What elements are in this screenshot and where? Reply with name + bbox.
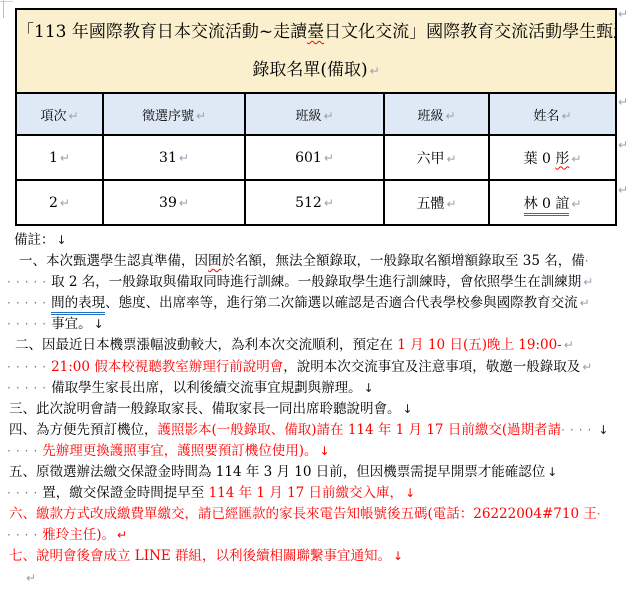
text-segment: 事宜。 <box>51 316 92 332</box>
paragraph-mark-icon: ↓ <box>393 549 403 563</box>
paragraph-mark-icon: ↵ <box>26 571 36 585</box>
text-segment: ，說明本次交流事宜及注意事項，敬邀一般錄取及 <box>283 359 580 375</box>
table-cell: 五體↵ <box>384 180 489 225</box>
note-line: ····雅玲主任)。↵ <box>6 525 631 546</box>
note-line: 一、本次甄選學生認真準備，因囿於名額，無法全額錄取，一般錄取名額增額錄取至 35… <box>6 251 631 272</box>
paragraph-mark-icon: ↵ <box>445 109 455 123</box>
table-header-row: 項次↵徵選序號↵班級↵班級↵姓名↵ <box>16 93 616 135</box>
paragraph-mark-icon: ↵ <box>564 338 574 352</box>
text-segment: 2 <box>49 195 58 211</box>
paragraph-mark-icon: ↵ <box>580 296 590 310</box>
space-dots-mark: ···· <box>7 486 42 500</box>
paragraph-mark-icon: ↵ <box>583 275 593 289</box>
paragraph-mark-icon: ↓ <box>94 317 104 331</box>
text-segment: 31 <box>159 150 177 166</box>
table-cell: 葉 0 彤↵ <box>489 135 616 180</box>
note-line: ·····間的表現、態度、出席率等，進行第二次篩選以確認是否適合代表學校參與國際… <box>6 293 631 314</box>
header-cell: 項次↵ <box>16 93 103 135</box>
text-segment: 先辦理更換護照事宜，護照要預訂機位使用)。 <box>42 443 317 459</box>
text-segment: 512 <box>295 195 322 211</box>
text-segment: 114 年 1 月 17 日前繳交入庫， <box>209 485 404 501</box>
page-edge-artifact <box>0 1 13 2</box>
text-segment: 六、繳款方式改成繳費單繳交，請已經匯款的家長來電告知帳號後五碼(電話：26222… <box>9 506 597 522</box>
paragraph-mark-icon: ↵ <box>446 152 456 166</box>
document-page: ↵ ↵ ↵ ↵ 「113 年國際教育日本交流活動~走讀臺日文化交流」國際教育交流… <box>0 0 631 592</box>
paragraph-mark-icon: ↓ <box>403 402 413 416</box>
text-segment: 姓名 <box>533 109 559 124</box>
text-segment: 葉 0 <box>524 151 556 167</box>
admission-list-table: 「113 年國際教育日本交流活動~走讀臺日文化交流」國際教育交流活動學生甄選 錄… <box>15 8 617 226</box>
paragraph-mark-icon: ↓ <box>405 486 415 500</box>
table-row: 1↵31↵601↵六甲↵葉 0 彤↵ <box>16 135 616 180</box>
space-dots-mark: ···· <box>7 444 42 458</box>
note-line: ·····21:00 假本校視聽教室辦理行前說明會，說明本次交流事宜及注意事項，… <box>6 357 631 378</box>
table-cell: 512↵ <box>245 180 384 225</box>
spellcheck-flagged-text: 囿 <box>208 253 222 269</box>
paragraph-mark-icon: ↵ <box>582 360 592 374</box>
note-line: ·····取 2 名，一般錄取與備取同時進行訓練。一般錄取學生進行訓練時，會依照… <box>6 272 631 293</box>
text-segment: 取 2 名，一般錄取與備取同時進行訓練。一般錄取學生進行訓練時，會依照學生在訓練… <box>51 274 581 290</box>
table-cell: 2↵ <box>16 180 103 225</box>
note-line: 四、為方便先預訂機位，護照影本(一般錄取、備取)請在 114 年 1 月 17 … <box>6 420 631 441</box>
paragraph-mark-icon: ↵ <box>179 196 189 210</box>
grammar-underlined-text: 間的表現 <box>51 295 105 315</box>
table-cell: 1↵ <box>16 135 103 180</box>
paragraph-mark-icon: ↵ <box>179 151 189 165</box>
table-cell: 林 0 誼↵ <box>489 180 616 225</box>
table-title-cell: 「113 年國際教育日本交流活動~走讀臺日文化交流」國際教育交流活動學生甄選 錄… <box>16 9 616 93</box>
spellcheck-flagged-text: 彤 <box>555 151 569 167</box>
paragraph-mark-icon: ↵ <box>68 109 78 123</box>
page-edge-artifact <box>3 0 4 18</box>
space-dots-mark: ····· <box>7 296 51 310</box>
paragraph-mark-icon: ↵ <box>196 109 206 123</box>
text-segment: 雅玲主任)。 <box>42 527 115 543</box>
text-segment: 護照影本(一般錄取、備取)請在 114 年 1 月 17 日前繳交(過期者請 <box>158 422 562 438</box>
note-line: 六、繳款方式改成繳費單繳交，請已經匯款的家長來電告知帳號後五碼(電話：26222… <box>6 504 631 525</box>
text-segment: 1 <box>49 150 58 166</box>
paragraph-mark-icon: ↵ <box>323 109 333 123</box>
paragraph-mark-icon: ↓ <box>320 444 330 458</box>
row-end-paragraph-mark-icon: ↵ <box>618 96 628 108</box>
text-segment: 五體 <box>416 196 444 212</box>
row-end-paragraph-mark-icon: ↵ <box>618 184 628 196</box>
text-segment: 項次 <box>40 109 66 124</box>
row-end-paragraph-mark-icon: ↵ <box>618 8 628 20</box>
table-cell: 六甲↵ <box>384 135 489 180</box>
note-line: ····先辦理更換護照事宜，護照要預訂機位使用)。↓ <box>6 441 631 462</box>
text-segment: 五、原徵選辦法繳交保證金時間為 114 年 3 月 10 日前，但因機票需提早開… <box>9 464 545 480</box>
text-segment: 錄取名單(備取) <box>252 60 367 80</box>
text-segment: 置，繳交保證金時間提早至 <box>42 485 208 501</box>
table-cell: 601↵ <box>245 135 384 180</box>
paragraph-mark-icon: ↓ <box>364 381 374 395</box>
table-cell: 39↵ <box>103 180 245 225</box>
text-segment: 備註： <box>14 232 55 248</box>
paragraph-mark-icon: ↵ <box>60 151 70 165</box>
text-segment: 二、因最近日本機票漲幅波動較大，為利本次交流順利，預定在 <box>15 337 397 353</box>
text-segment: 班級 <box>295 109 321 124</box>
grammar-underlined-text: 林 0 誼 <box>524 196 570 216</box>
space-dots-mark: · <box>585 254 594 268</box>
text-segment: 備取學生家長出席，以利後續交流事宜規劃與辦理。 <box>51 380 362 396</box>
text-segment: 、態度、出席率等，進行第二次篩選以確認是否適合代表學校參與國際教育交流 <box>105 295 578 311</box>
text-segment: 「113 年國際教育日本交流活動~走讀 <box>17 22 307 42</box>
paragraph-mark-icon: ↵ <box>571 152 581 166</box>
text-segment: 六甲 <box>416 151 444 167</box>
header-cell: 班級↵ <box>245 93 384 135</box>
paragraph-mark-icon: ↵ <box>561 109 571 123</box>
paragraph-mark-icon: ↵ <box>324 151 334 165</box>
text-segment: 21:00 假本校視聽教室辦理行前說明會 <box>51 359 283 375</box>
paragraph-mark-icon: ↵ <box>571 197 581 211</box>
note-line: ·····備取學生家長出席，以利後續交流事宜規劃與辦理。↓ <box>6 378 631 399</box>
text-segment: 1 月 10 日(五)晚上 19:00- <box>397 337 561 353</box>
space-dots-mark: ···· <box>7 528 42 542</box>
text-segment: 四、為方便先預訂機位， <box>9 422 158 438</box>
paragraph-mark-icon: ↵ <box>117 528 127 542</box>
paragraph-mark-icon: ↵ <box>446 197 456 211</box>
paragraph-mark-icon: ↵ <box>60 196 70 210</box>
title-line-1: 「113 年國際教育日本交流活動~走讀臺日文化交流」國際教育交流活動學生甄選 <box>17 13 615 51</box>
notes-section: 備註：↓一、本次甄選學生認真準備，因囿於名額，無法全額錄取，一般錄取名額增額錄取… <box>6 230 631 589</box>
header-cell: 班級↵ <box>384 93 489 135</box>
space-dots-mark: ····· <box>7 360 51 374</box>
paragraph-mark-icon: ↓ <box>598 423 608 437</box>
text-segment: 601 <box>295 150 322 166</box>
row-end-paragraph-mark-icon: ↵ <box>618 139 628 151</box>
table-row: 2↵39↵512↵五體↵林 0 誼↵ <box>16 180 616 225</box>
paragraph-mark-icon: ↵ <box>370 64 380 78</box>
paragraph-mark-icon: ↓ <box>57 233 67 247</box>
header-cell: 徵選序號↵ <box>103 93 245 135</box>
space-dots-mark: · <box>597 507 606 521</box>
header-cell: 姓名↵ <box>489 93 616 135</box>
note-line: 三、此次說明會請一般錄取家長、備取家長一同出席聆聽說明會。↓ <box>6 399 631 420</box>
title-row: 「113 年國際教育日本交流活動~走讀臺日文化交流」國際教育交流活動學生甄選 錄… <box>16 9 616 93</box>
space-dots-mark: ····· <box>7 317 51 331</box>
table-cell: 31↵ <box>103 135 245 180</box>
paragraph-mark-icon: ↓ <box>547 465 557 479</box>
space-dots-mark: ····· <box>7 381 51 395</box>
text-segment: 七、說明會後會成立 LINE 群組，以利後續相關聯繫事宜通知。 <box>9 548 391 564</box>
note-line: 五、原徵選辦法繳交保證金時間為 114 年 3 月 10 日前，但因機票需提早開… <box>6 462 631 483</box>
text-segment: 一、本次甄選學生認真準備，因 <box>19 253 208 269</box>
note-line: 七、說明會後會成立 LINE 群組，以利後續相關聯繫事宜通知。↓ <box>6 546 631 567</box>
spellcheck-flagged-text: 臺 <box>307 22 324 42</box>
text-segment: 於名額，無法全額錄取，一般錄取名額增額錄取至 35 名，備 <box>222 253 585 269</box>
text-segment: 39 <box>159 195 177 211</box>
note-line: ····置，繳交保證金時間提早至 114 年 1 月 17 日前繳交入庫，↓ <box>6 483 631 504</box>
text-segment: 日文化交流」國際教育交流活動學生甄選 <box>324 22 616 42</box>
note-line: ·····事宜。↓ <box>6 314 631 335</box>
text-segment: 班級 <box>417 109 443 124</box>
note-line: ↵ <box>6 568 631 589</box>
text-segment: 三、此次說明會請一般錄取家長、備取家長一同出席聆聽說明會。 <box>9 401 401 417</box>
title-line-2: 錄取名單(備取)↵ <box>17 51 615 89</box>
paragraph-mark-icon: ↵ <box>324 196 334 210</box>
note-line: 備註：↓ <box>6 230 631 251</box>
space-dots-mark: ···· <box>561 423 596 437</box>
note-line: 二、因最近日本機票漲幅波動較大，為利本次交流順利，預定在 1 月 10 日(五)… <box>6 335 631 356</box>
space-dots-mark: ····· <box>7 275 51 289</box>
text-segment: 徵選序號 <box>142 109 194 124</box>
